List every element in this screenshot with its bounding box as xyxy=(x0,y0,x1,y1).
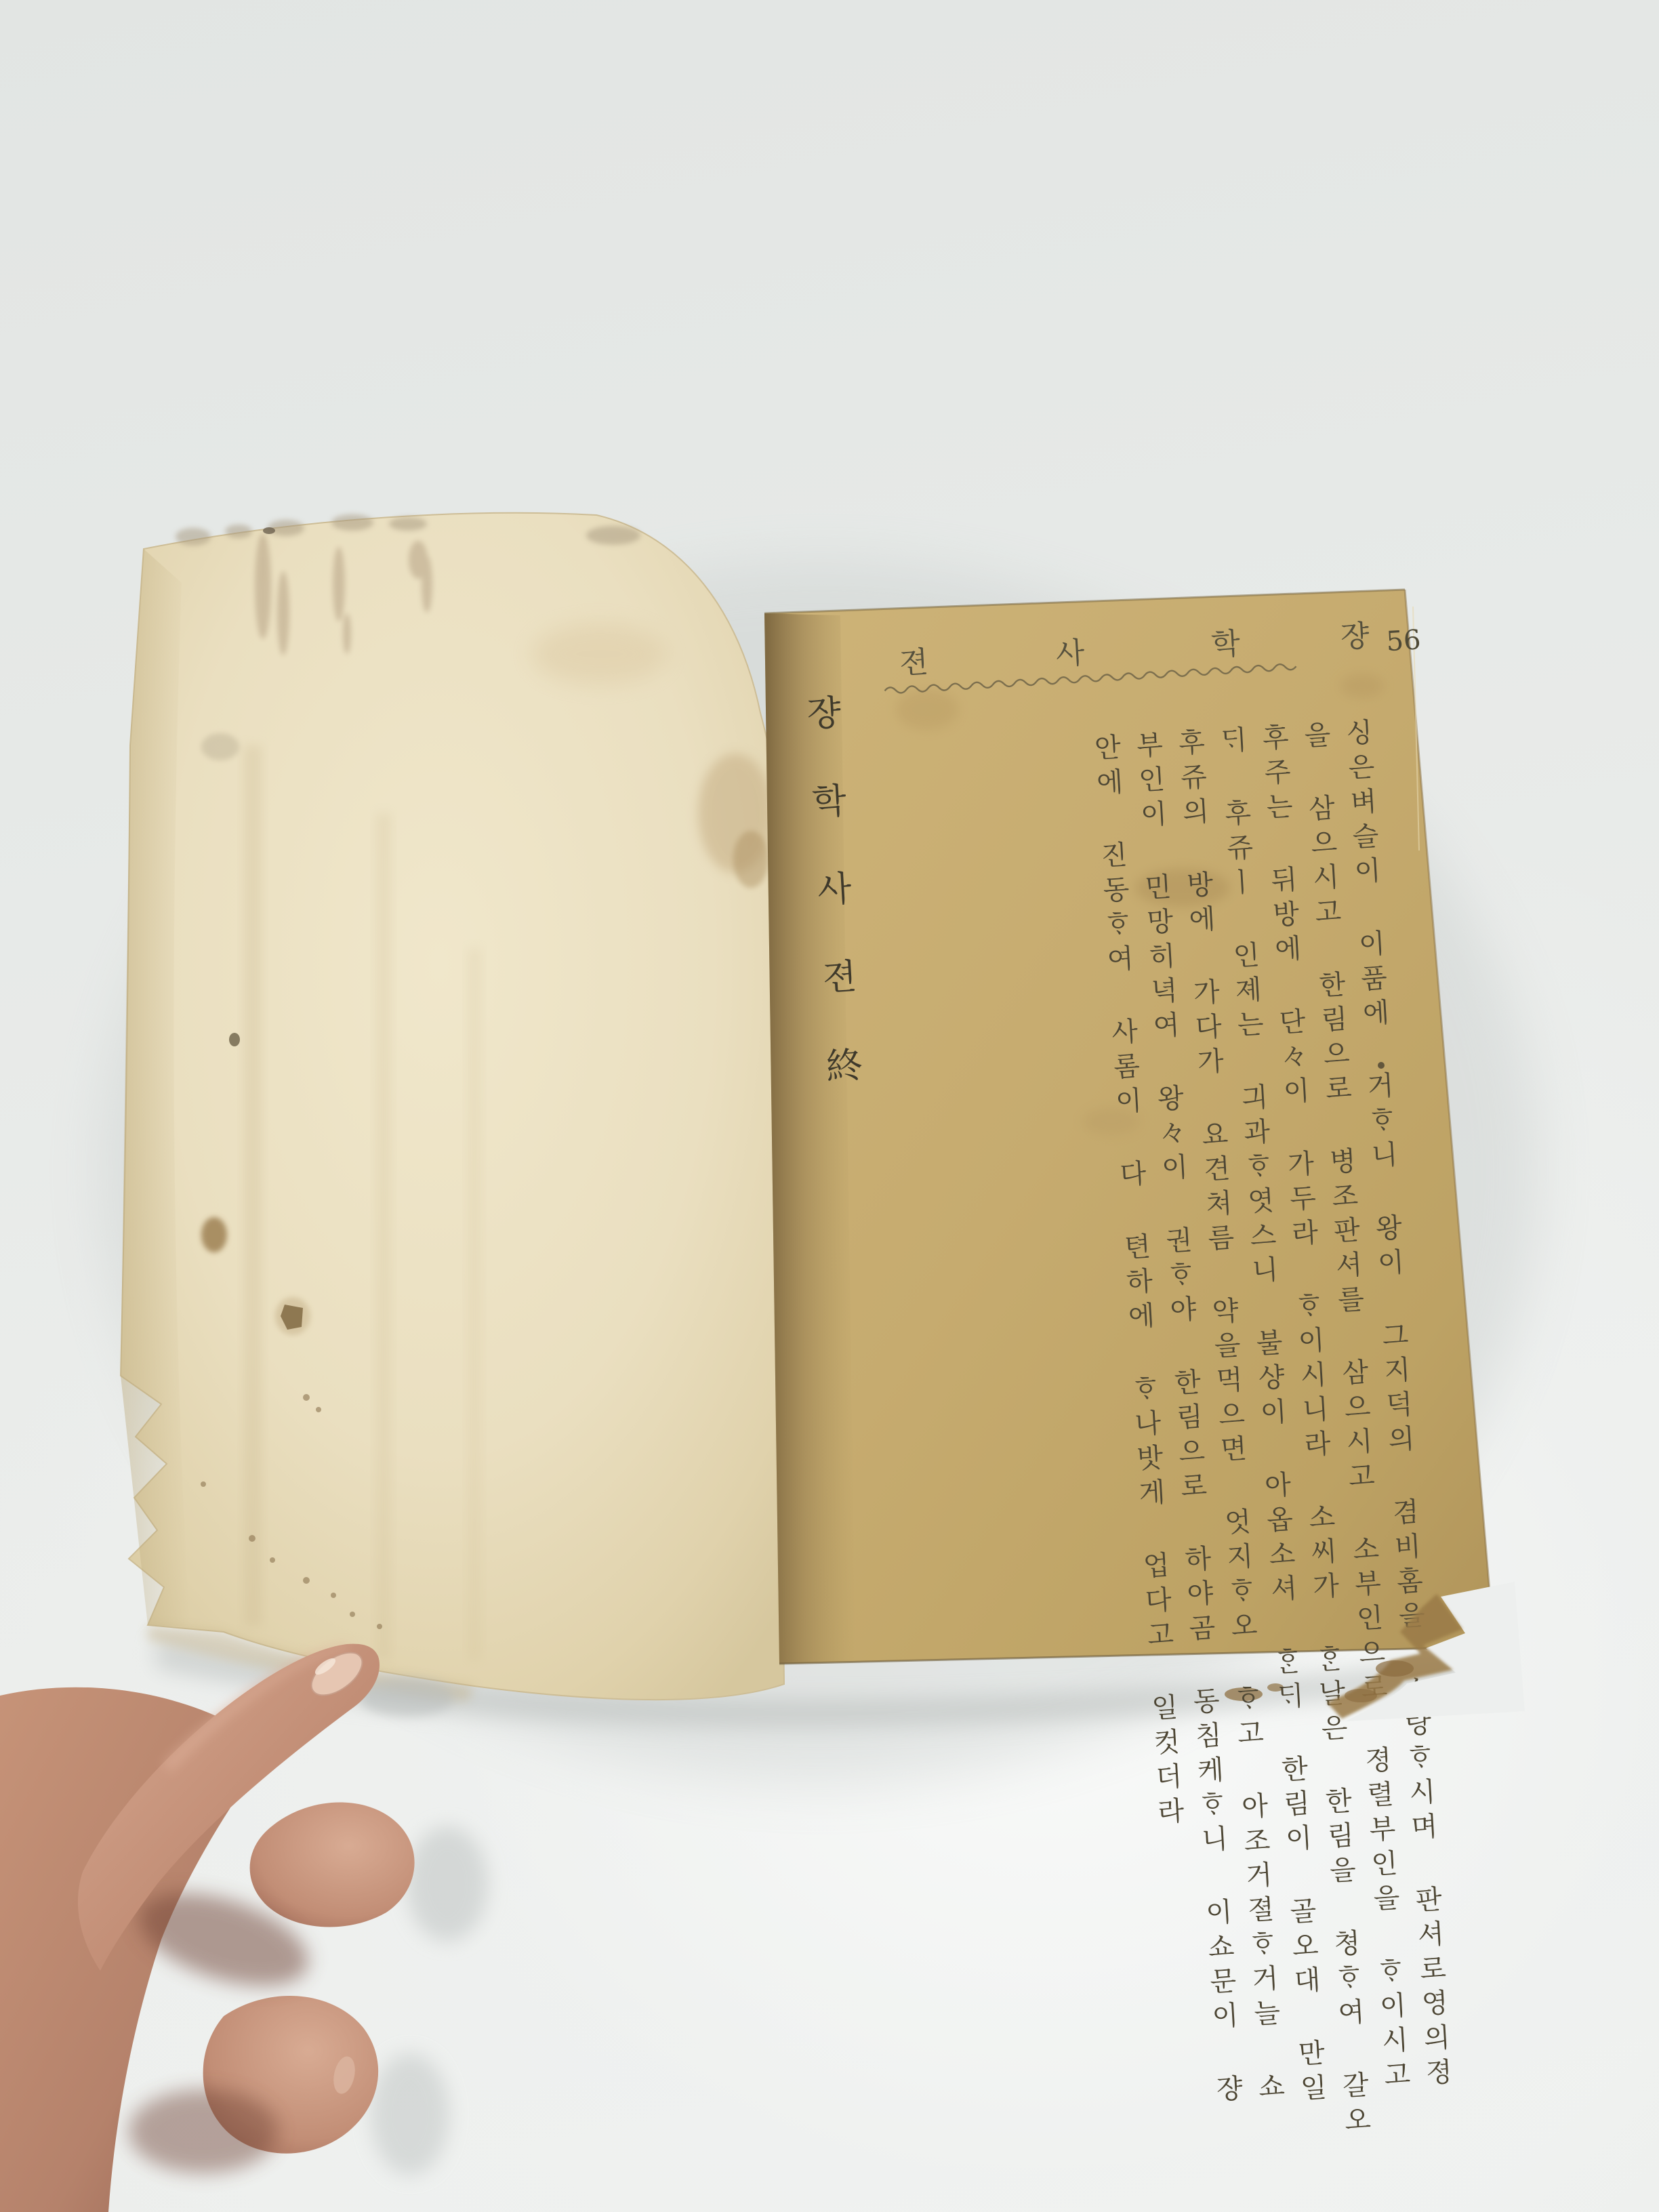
finger-shadow-1 xyxy=(407,1826,488,1942)
photo-scene: 젼 사 학 쟝 56 싱은벼슬이 이품에 거ᄒᆞ니 왕이 그지덕의 겸비홈을 ᄉ… xyxy=(0,0,1659,2212)
index-fingertip xyxy=(250,1803,415,1927)
finger-shadow-2 xyxy=(371,2053,449,2175)
hand xyxy=(0,0,1659,2212)
finger-crease-2 xyxy=(129,2089,278,2173)
